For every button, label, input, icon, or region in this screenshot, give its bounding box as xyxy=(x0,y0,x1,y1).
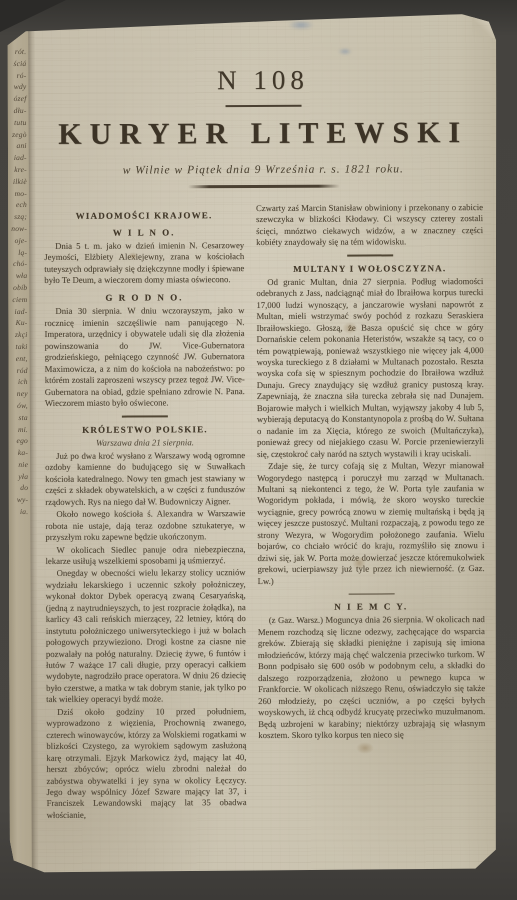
section-header-wilno: W I L N O. xyxy=(44,227,244,238)
section-divider xyxy=(122,416,168,418)
section-header-grodno: G R O D N O. xyxy=(44,292,244,303)
section-divider xyxy=(347,255,393,257)
dark-fold-top-left xyxy=(0,0,66,32)
newspaper-page: rót. ściá ró- wdy ózef dłu- tutu zegò an… xyxy=(6,14,500,874)
margin-text-fragments: rót. ściá ró- wdy ózef dłu- tutu zegò an… xyxy=(7,46,28,518)
section-header-multany: MULTANY I WOŁOSCZYZNA. xyxy=(256,263,483,274)
paragraph-multany-2: Zdaje się, że turcy cofają się z Multan,… xyxy=(257,460,485,587)
paragraph-niemcy-1: (z Gaz. Warsz.) Moguncya dnia 26 sierpni… xyxy=(258,614,486,741)
newspaper-title: KURYER LITEWSKI xyxy=(44,116,483,152)
issue-number: N 108 xyxy=(43,64,482,97)
paragraph-continuation: Czwarty zaś Marcin Stanisław obwiniony i… xyxy=(256,202,483,249)
section-divider xyxy=(348,593,394,595)
paragraph-multany-1: Od granic Multan, dnia 27 sierpnia. Podł… xyxy=(256,276,484,460)
paragraph-grodno: Dnia 30 sierpnia. W dniu wczorayszym, ja… xyxy=(44,305,244,409)
columns: WIADOMOŚCI KRAJOWE. W I L N O. Dnia 5 t.… xyxy=(44,202,486,823)
masthead-rule-top xyxy=(225,105,301,107)
paragraph-warszawa-4: Onegday w obecności wielu lekarzy stolic… xyxy=(46,567,247,705)
page-content: N 108 KURYER LITEWSKI w Wilnie w Piątek … xyxy=(35,14,494,874)
paragraph-warszawa-2: Około nowego kościoła ś. Alexandra w War… xyxy=(45,508,245,543)
warszawa-dateline: Warszawa dnia 21 sierpnia. xyxy=(45,437,245,448)
section-header-niemcy: N I E M C Y. xyxy=(258,601,485,612)
section-header-krajowe: WIADOMOŚCI KRAJOWE. xyxy=(44,210,244,221)
column-right: Czwarty zaś Marcin Stanisław obwiniony i… xyxy=(256,202,486,822)
masthead-rule-bottom xyxy=(187,185,339,188)
paragraph-warszawa-1: Już po dwa kroć wysłano z Warszawy wodą … xyxy=(45,450,245,508)
newspaper-scan: rót. ściá ró- wdy ózef dłu- tutu zegò an… xyxy=(0,0,517,900)
paragraph-warszawa-5: Dziś około godziny 10 przed południem, w… xyxy=(46,706,246,821)
paragraph-wilno: Dnia 5 t. m. jako w dzień imienin N. Ces… xyxy=(44,240,244,287)
section-header-polskie: KRÓLESTWO POLSKIE. xyxy=(45,424,245,435)
column-left: WIADOMOŚCI KRAJOWE. W I L N O. Dnia 5 t.… xyxy=(44,203,247,823)
paragraph-warszawa-3: W okolicach Siedlec panuje odra niebezpi… xyxy=(45,544,245,568)
masthead-dateline: w Wilnie w Piątek dnia 9 Września r. s. … xyxy=(44,163,483,177)
